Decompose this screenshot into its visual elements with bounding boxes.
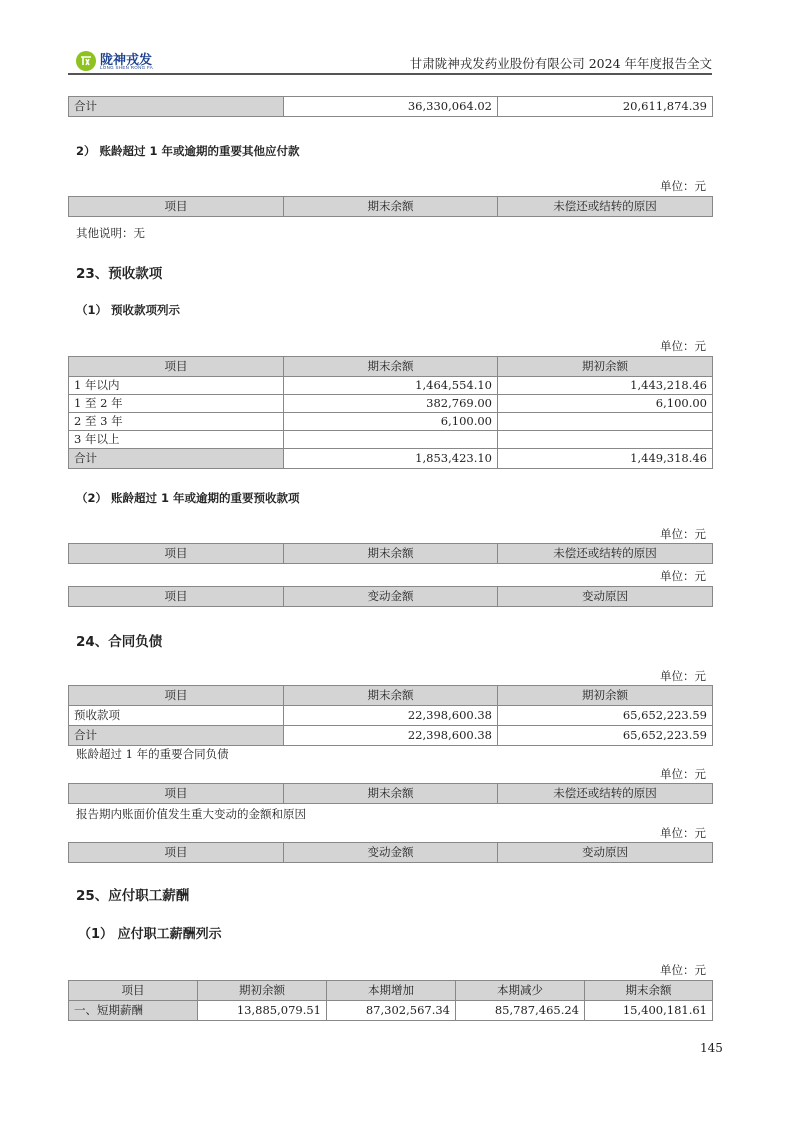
unit-label: 单位：元 xyxy=(660,825,706,841)
overdue-contract-liabilities-table: 项目 期末余额 未偿还或结转的原因 xyxy=(68,783,713,804)
column-header: 变动原因 xyxy=(498,843,713,863)
logo-text-en: LONG SHEN RONG FA xyxy=(100,65,153,70)
table-header-row: 项目 期初余额 本期增加 本期减少 期末余额 xyxy=(69,981,713,1001)
overdue-advance-receipts-table: 项目 期末余额 未偿还或结转的原因 xyxy=(68,543,713,564)
column-header: 本期减少 xyxy=(456,981,585,1001)
cell-value: 13,885,079.51 xyxy=(198,1001,327,1021)
cell-value: 65,652,223.59 xyxy=(498,706,713,726)
table-header-row: 项目 变动金额 变动原因 xyxy=(69,843,713,863)
table-row: 一、短期薪酬 13,885,079.51 87,302,567.34 85,78… xyxy=(69,1001,713,1021)
section-heading: 24、合同负债 xyxy=(76,630,162,650)
column-header: 项目 xyxy=(69,686,284,706)
report-title: 甘肃陇神戎发药业股份有限公司 2024 年年度报告全文 xyxy=(410,54,712,72)
table-row: 3 年以上 xyxy=(69,431,713,449)
unit-label: 单位：元 xyxy=(660,668,706,684)
cell-value xyxy=(284,431,498,449)
column-header: 项目 xyxy=(69,843,284,863)
cell-value: 1,443,218.46 xyxy=(498,377,713,395)
note-text: 账龄超过 1 年的重要合同负债 xyxy=(76,746,229,762)
cell-value: 1,464,554.10 xyxy=(284,377,498,395)
table-header-row: 项目 期末余额 未偿还或结转的原因 xyxy=(69,544,713,564)
cell-value: 22,398,600.38 xyxy=(284,706,498,726)
column-header: 变动金额 xyxy=(284,843,498,863)
cell-value: 6,100.00 xyxy=(498,395,713,413)
cell-item: 一、短期薪酬 xyxy=(69,1001,198,1021)
cell-item: 1 年以内 xyxy=(69,377,284,395)
company-logo: 陇神戎发 LONG SHEN RONG FA xyxy=(76,49,186,73)
cell-value xyxy=(498,413,713,431)
cell-value: 1,449,318.46 xyxy=(498,449,713,469)
cell-value: 20,611,874.39 xyxy=(498,97,713,117)
table-header-row: 项目 期末余额 期初余额 xyxy=(69,686,713,706)
column-header: 未偿还或结转的原因 xyxy=(498,197,713,217)
cell-value: 1,853,423.10 xyxy=(284,449,498,469)
column-header: 变动金额 xyxy=(284,587,498,607)
unit-label: 单位：元 xyxy=(660,568,706,584)
column-header: 项目 xyxy=(69,784,284,804)
section-heading: 25、应付职工薪酬 xyxy=(76,884,189,904)
column-header: 期末余额 xyxy=(284,784,498,804)
table-header-row: 项目 期末余额 未偿还或结转的原因 xyxy=(69,784,713,804)
column-header: 本期增加 xyxy=(327,981,456,1001)
page-number: 145 xyxy=(700,1041,723,1055)
cell-item: 1 至 2 年 xyxy=(69,395,284,413)
column-header: 未偿还或结转的原因 xyxy=(498,784,713,804)
employee-compensation-table: 项目 期初余额 本期增加 本期减少 期末余额 一、短期薪酬 13,885,079… xyxy=(68,980,713,1021)
table-row: 2 至 3 年 6,100.00 xyxy=(69,413,713,431)
cell-item: 合计 xyxy=(69,726,284,746)
cell-value: 87,302,567.34 xyxy=(327,1001,456,1021)
column-header: 未偿还或结转的原因 xyxy=(498,544,713,564)
table-header-row: 项目 期末余额 未偿还或结转的原因 xyxy=(69,197,713,217)
carryover-total-table: 合计 36,330,064.02 20,611,874.39 xyxy=(68,96,713,117)
contract-liabilities-change-table: 项目 变动金额 变动原因 xyxy=(68,842,713,863)
overdue-other-payables-table: 项目 期末余额 未偿还或结转的原因 xyxy=(68,196,713,217)
cell-item: 合计 xyxy=(69,449,284,469)
column-header: 期初余额 xyxy=(498,357,713,377)
advance-receipts-change-table: 项目 变动金额 变动原因 xyxy=(68,586,713,607)
unit-label: 单位：元 xyxy=(660,526,706,542)
cell-item: 预收款项 xyxy=(69,706,284,726)
cell-value: 15,400,181.61 xyxy=(585,1001,713,1021)
cell-item: 3 年以上 xyxy=(69,431,284,449)
table-total-row: 合计 22,398,600.38 65,652,223.59 xyxy=(69,726,713,746)
column-header: 期末余额 xyxy=(284,544,498,564)
unit-label: 单位：元 xyxy=(660,766,706,782)
header-divider xyxy=(68,73,712,75)
column-header: 项目 xyxy=(69,981,198,1001)
unit-label: 单位：元 xyxy=(660,178,706,194)
contract-liabilities-table: 项目 期末余额 期初余额 预收款项 22,398,600.38 65,652,2… xyxy=(68,685,713,746)
subsection-heading: （2） 账龄超过 1 年或逾期的重要预收款项 xyxy=(76,490,300,506)
unit-label: 单位：元 xyxy=(660,962,706,978)
column-header: 期初余额 xyxy=(498,686,713,706)
column-header: 期末余额 xyxy=(284,686,498,706)
cell-value xyxy=(498,431,713,449)
section-heading: 2） 账龄超过 1 年或逾期的重要其他应付款 xyxy=(76,143,300,159)
table-row: 合计 36,330,064.02 20,611,874.39 xyxy=(69,97,713,117)
logo-emblem-icon xyxy=(76,51,96,71)
note-text: 报告期内账面价值发生重大变动的金额和原因 xyxy=(76,806,306,822)
cell-value: 65,652,223.59 xyxy=(498,726,713,746)
unit-label: 单位：元 xyxy=(660,338,706,354)
other-notes: 其他说明：无 xyxy=(76,225,145,241)
column-header: 变动原因 xyxy=(498,587,713,607)
table-row: 预收款项 22,398,600.38 65,652,223.59 xyxy=(69,706,713,726)
cell-item: 2 至 3 年 xyxy=(69,413,284,431)
cell-item: 合计 xyxy=(69,97,284,117)
section-heading: 23、预收款项 xyxy=(76,262,162,282)
column-header: 项目 xyxy=(69,544,284,564)
table-header-row: 项目 变动金额 变动原因 xyxy=(69,587,713,607)
table-header-row: 项目 期末余额 期初余额 xyxy=(69,357,713,377)
table-total-row: 合计 1,853,423.10 1,449,318.46 xyxy=(69,449,713,469)
cell-value: 6,100.00 xyxy=(284,413,498,431)
subsection-heading: （1） 预收款项列示 xyxy=(76,302,180,318)
subsection-heading: （1） 应付职工薪酬列示 xyxy=(78,923,222,942)
cell-value: 22,398,600.38 xyxy=(284,726,498,746)
advance-receipts-table: 项目 期末余额 期初余额 1 年以内 1,464,554.10 1,443,21… xyxy=(68,356,713,469)
column-header: 期末余额 xyxy=(284,357,498,377)
cell-value: 36,330,064.02 xyxy=(284,97,498,117)
cell-value: 85,787,465.24 xyxy=(456,1001,585,1021)
column-header: 项目 xyxy=(69,587,284,607)
page-header: 陇神戎发 LONG SHEN RONG FA 甘肃陇神戎发药业股份有限公司 20… xyxy=(68,46,712,74)
column-header: 项目 xyxy=(69,357,284,377)
cell-value: 382,769.00 xyxy=(284,395,498,413)
column-header: 项目 xyxy=(69,197,284,217)
column-header: 期末余额 xyxy=(585,981,713,1001)
column-header: 期初余额 xyxy=(198,981,327,1001)
table-row: 1 年以内 1,464,554.10 1,443,218.46 xyxy=(69,377,713,395)
column-header: 期末余额 xyxy=(284,197,498,217)
table-row: 1 至 2 年 382,769.00 6,100.00 xyxy=(69,395,713,413)
